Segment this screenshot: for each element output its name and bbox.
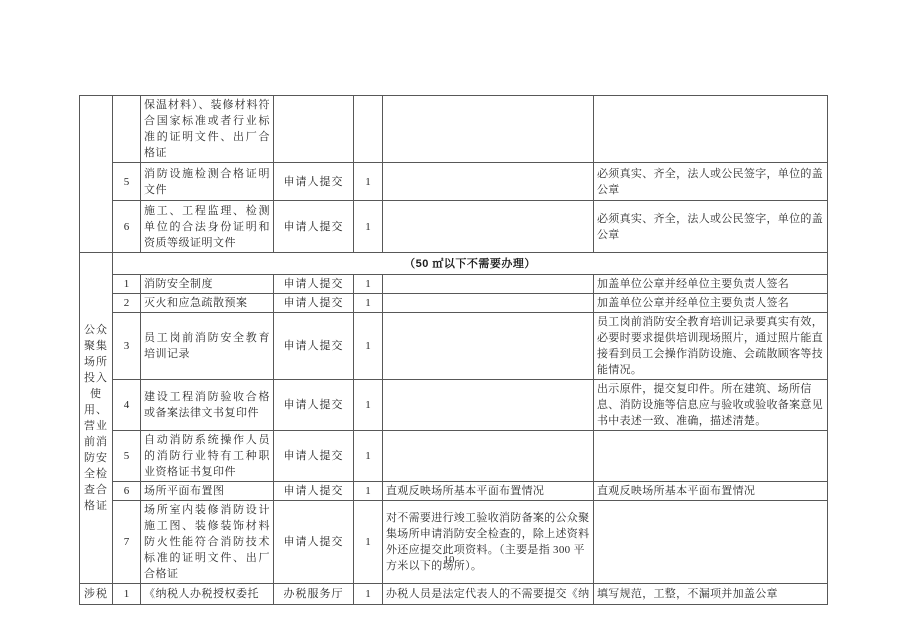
- material-name-cell: 消防设施检测合格证明文件: [141, 163, 274, 201]
- table-row: 公众聚集场所投入使用、营业前消防安全检查合格证 （50 ㎡以下不需要办理）: [80, 253, 828, 275]
- material-name-cell: 场所平面布置图: [141, 482, 274, 501]
- category-cell: [80, 96, 113, 253]
- table-row: 3 员工岗前消防安全教育培训记录 申请人提交 1 员工岗前消防安全教育培训记录要…: [80, 313, 828, 380]
- copies-cell: 1: [354, 313, 383, 380]
- copies-cell: 1: [354, 294, 383, 313]
- material-name-cell: 自动消防系统操作人员的消防行业特有工种职业资格证书复印件: [141, 431, 274, 482]
- submit-channel-cell: 申请人提交: [274, 482, 354, 501]
- requirement-note-cell: [383, 431, 594, 482]
- table-row: 4 建设工程消防验收合格或备案法律文书复印件 申请人提交 1 出示原件，提交复印…: [80, 380, 828, 431]
- copies-cell: 1: [354, 584, 383, 605]
- requirement-note-cell: [383, 96, 594, 163]
- remark-cell: 直观反映场所基本平面布置情况: [594, 482, 828, 501]
- submit-channel-cell: [274, 96, 354, 163]
- remark-cell: 员工岗前消防安全教育培训记录要真实有效，必要时要求提供培训现场照片，通过照片能直…: [594, 313, 828, 380]
- remark-cell: [594, 501, 828, 584]
- remark-cell: 加盖单位公章并经单位主要负责人签名: [594, 294, 828, 313]
- row-number-cell: 3: [113, 313, 141, 380]
- requirement-note-cell: [383, 163, 594, 201]
- remark-cell: [594, 431, 828, 482]
- submit-channel-cell: 申请人提交: [274, 431, 354, 482]
- row-number-cell: 1: [113, 275, 141, 294]
- row-number-cell: 6: [113, 482, 141, 501]
- document-page: 保温材料）、装修材料符合国家标准或者行业标准的证明文件、出厂合格证 5 消防设施…: [0, 0, 898, 634]
- copies-cell: 1: [354, 201, 383, 253]
- row-number-cell: 5: [113, 431, 141, 482]
- category-cell: 公众聚集场所投入使用、营业前消防安全检查合格证: [80, 253, 113, 584]
- material-name-cell: 保温材料）、装修材料符合国家标准或者行业标准的证明文件、出厂合格证: [141, 96, 274, 163]
- material-name-cell: 场所室内装修消防设计施工图、装修装饰材料防火性能符合消防技术标准的证明文件、出厂…: [141, 501, 274, 584]
- table-row: 5 自动消防系统操作人员的消防行业特有工种职业资格证书复印件 申请人提交 1: [80, 431, 828, 482]
- requirement-note-cell: [383, 275, 594, 294]
- copies-cell: 1: [354, 482, 383, 501]
- table-row: 6 场所平面布置图 申请人提交 1 直观反映场所基本平面布置情况 直观反映场所基…: [80, 482, 828, 501]
- remark-cell: 加盖单位公章并经单位主要负责人签名: [594, 275, 828, 294]
- remark-cell: 填写规范，工整，不漏项并加盖公章: [594, 584, 828, 605]
- material-name-cell: 员工岗前消防安全教育培训记录: [141, 313, 274, 380]
- submit-channel-cell: 申请人提交: [274, 275, 354, 294]
- category-cell: 涉税: [80, 584, 113, 605]
- submit-channel-cell: 申请人提交: [274, 163, 354, 201]
- material-name-cell: 消防安全制度: [141, 275, 274, 294]
- row-number-cell: 2: [113, 294, 141, 313]
- requirement-note-cell: 直观反映场所基本平面布置情况: [383, 482, 594, 501]
- material-name-cell: 建设工程消防验收合格或备案法律文书复印件: [141, 380, 274, 431]
- material-name-cell: 施工、工程监理、检测单位的合法身份证明和资质等级证明文件: [141, 201, 274, 253]
- submit-channel-cell: 申请人提交: [274, 294, 354, 313]
- material-name-cell: 灭火和应急疏散预案: [141, 294, 274, 313]
- row-number-cell: [113, 96, 141, 163]
- remark-cell: 必须真实、齐全，法人或公民签字，单位的盖公章: [594, 201, 828, 253]
- row-number-cell: 1: [113, 584, 141, 605]
- copies-cell: [354, 96, 383, 163]
- requirement-note-cell: [383, 380, 594, 431]
- materials-table: 保温材料）、装修材料符合国家标准或者行业标准的证明文件、出厂合格证 5 消防设施…: [79, 95, 828, 605]
- table-row: 5 消防设施检测合格证明文件 申请人提交 1 必须真实、齐全，法人或公民签字，单…: [80, 163, 828, 201]
- copies-cell: 1: [354, 501, 383, 584]
- submit-channel-cell: 办税服务厅: [274, 584, 354, 605]
- requirement-note-cell: [383, 201, 594, 253]
- row-number-cell: 7: [113, 501, 141, 584]
- copies-cell: 1: [354, 275, 383, 294]
- copies-cell: 1: [354, 163, 383, 201]
- table-row: 6 施工、工程监理、检测单位的合法身份证明和资质等级证明文件 申请人提交 1 必…: [80, 201, 828, 253]
- submit-channel-cell: 申请人提交: [274, 380, 354, 431]
- submit-channel-cell: 申请人提交: [274, 501, 354, 584]
- remark-cell: 出示原件，提交复印件。所在建筑、场所信息、消防设施等信息应与验收或验收备案意见书…: [594, 380, 828, 431]
- row-number-cell: 6: [113, 201, 141, 253]
- remark-cell: 必须真实、齐全，法人或公民签字，单位的盖公章: [594, 163, 828, 201]
- remark-cell: [594, 96, 828, 163]
- row-number-cell: 5: [113, 163, 141, 201]
- material-name-cell: 《纳税人办税授权委托: [141, 584, 274, 605]
- requirement-note-cell: [383, 313, 594, 380]
- table-row: 2 灭火和应急疏散预案 申请人提交 1 加盖单位公章并经单位主要负责人签名: [80, 294, 828, 313]
- row-number-cell: 4: [113, 380, 141, 431]
- table-row: 1 消防安全制度 申请人提交 1 加盖单位公章并经单位主要负责人签名: [80, 275, 828, 294]
- requirement-note-cell: 办税人员是法定代表人的不需要提交《纳: [383, 584, 594, 605]
- submit-channel-cell: 申请人提交: [274, 201, 354, 253]
- copies-cell: 1: [354, 431, 383, 482]
- copies-cell: 1: [354, 380, 383, 431]
- section-banner: （50 ㎡以下不需要办理）: [113, 253, 828, 275]
- table-row: 7 场所室内装修消防设计施工图、装修装饰材料防火性能符合消防技术标准的证明文件、…: [80, 501, 828, 584]
- requirement-note-cell: [383, 294, 594, 313]
- table-row: 涉税 1 《纳税人办税授权委托 办税服务厅 1 办税人员是法定代表人的不需要提交…: [80, 584, 828, 605]
- requirement-note-cell: 对不需要进行竣工验收消防备案的公众聚集场所申请消防安全检查的，除上述资料外还应提…: [383, 501, 594, 584]
- table-row: 保温材料）、装修材料符合国家标准或者行业标准的证明文件、出厂合格证: [80, 96, 828, 163]
- page-number: 10: [0, 554, 898, 566]
- submit-channel-cell: 申请人提交: [274, 313, 354, 380]
